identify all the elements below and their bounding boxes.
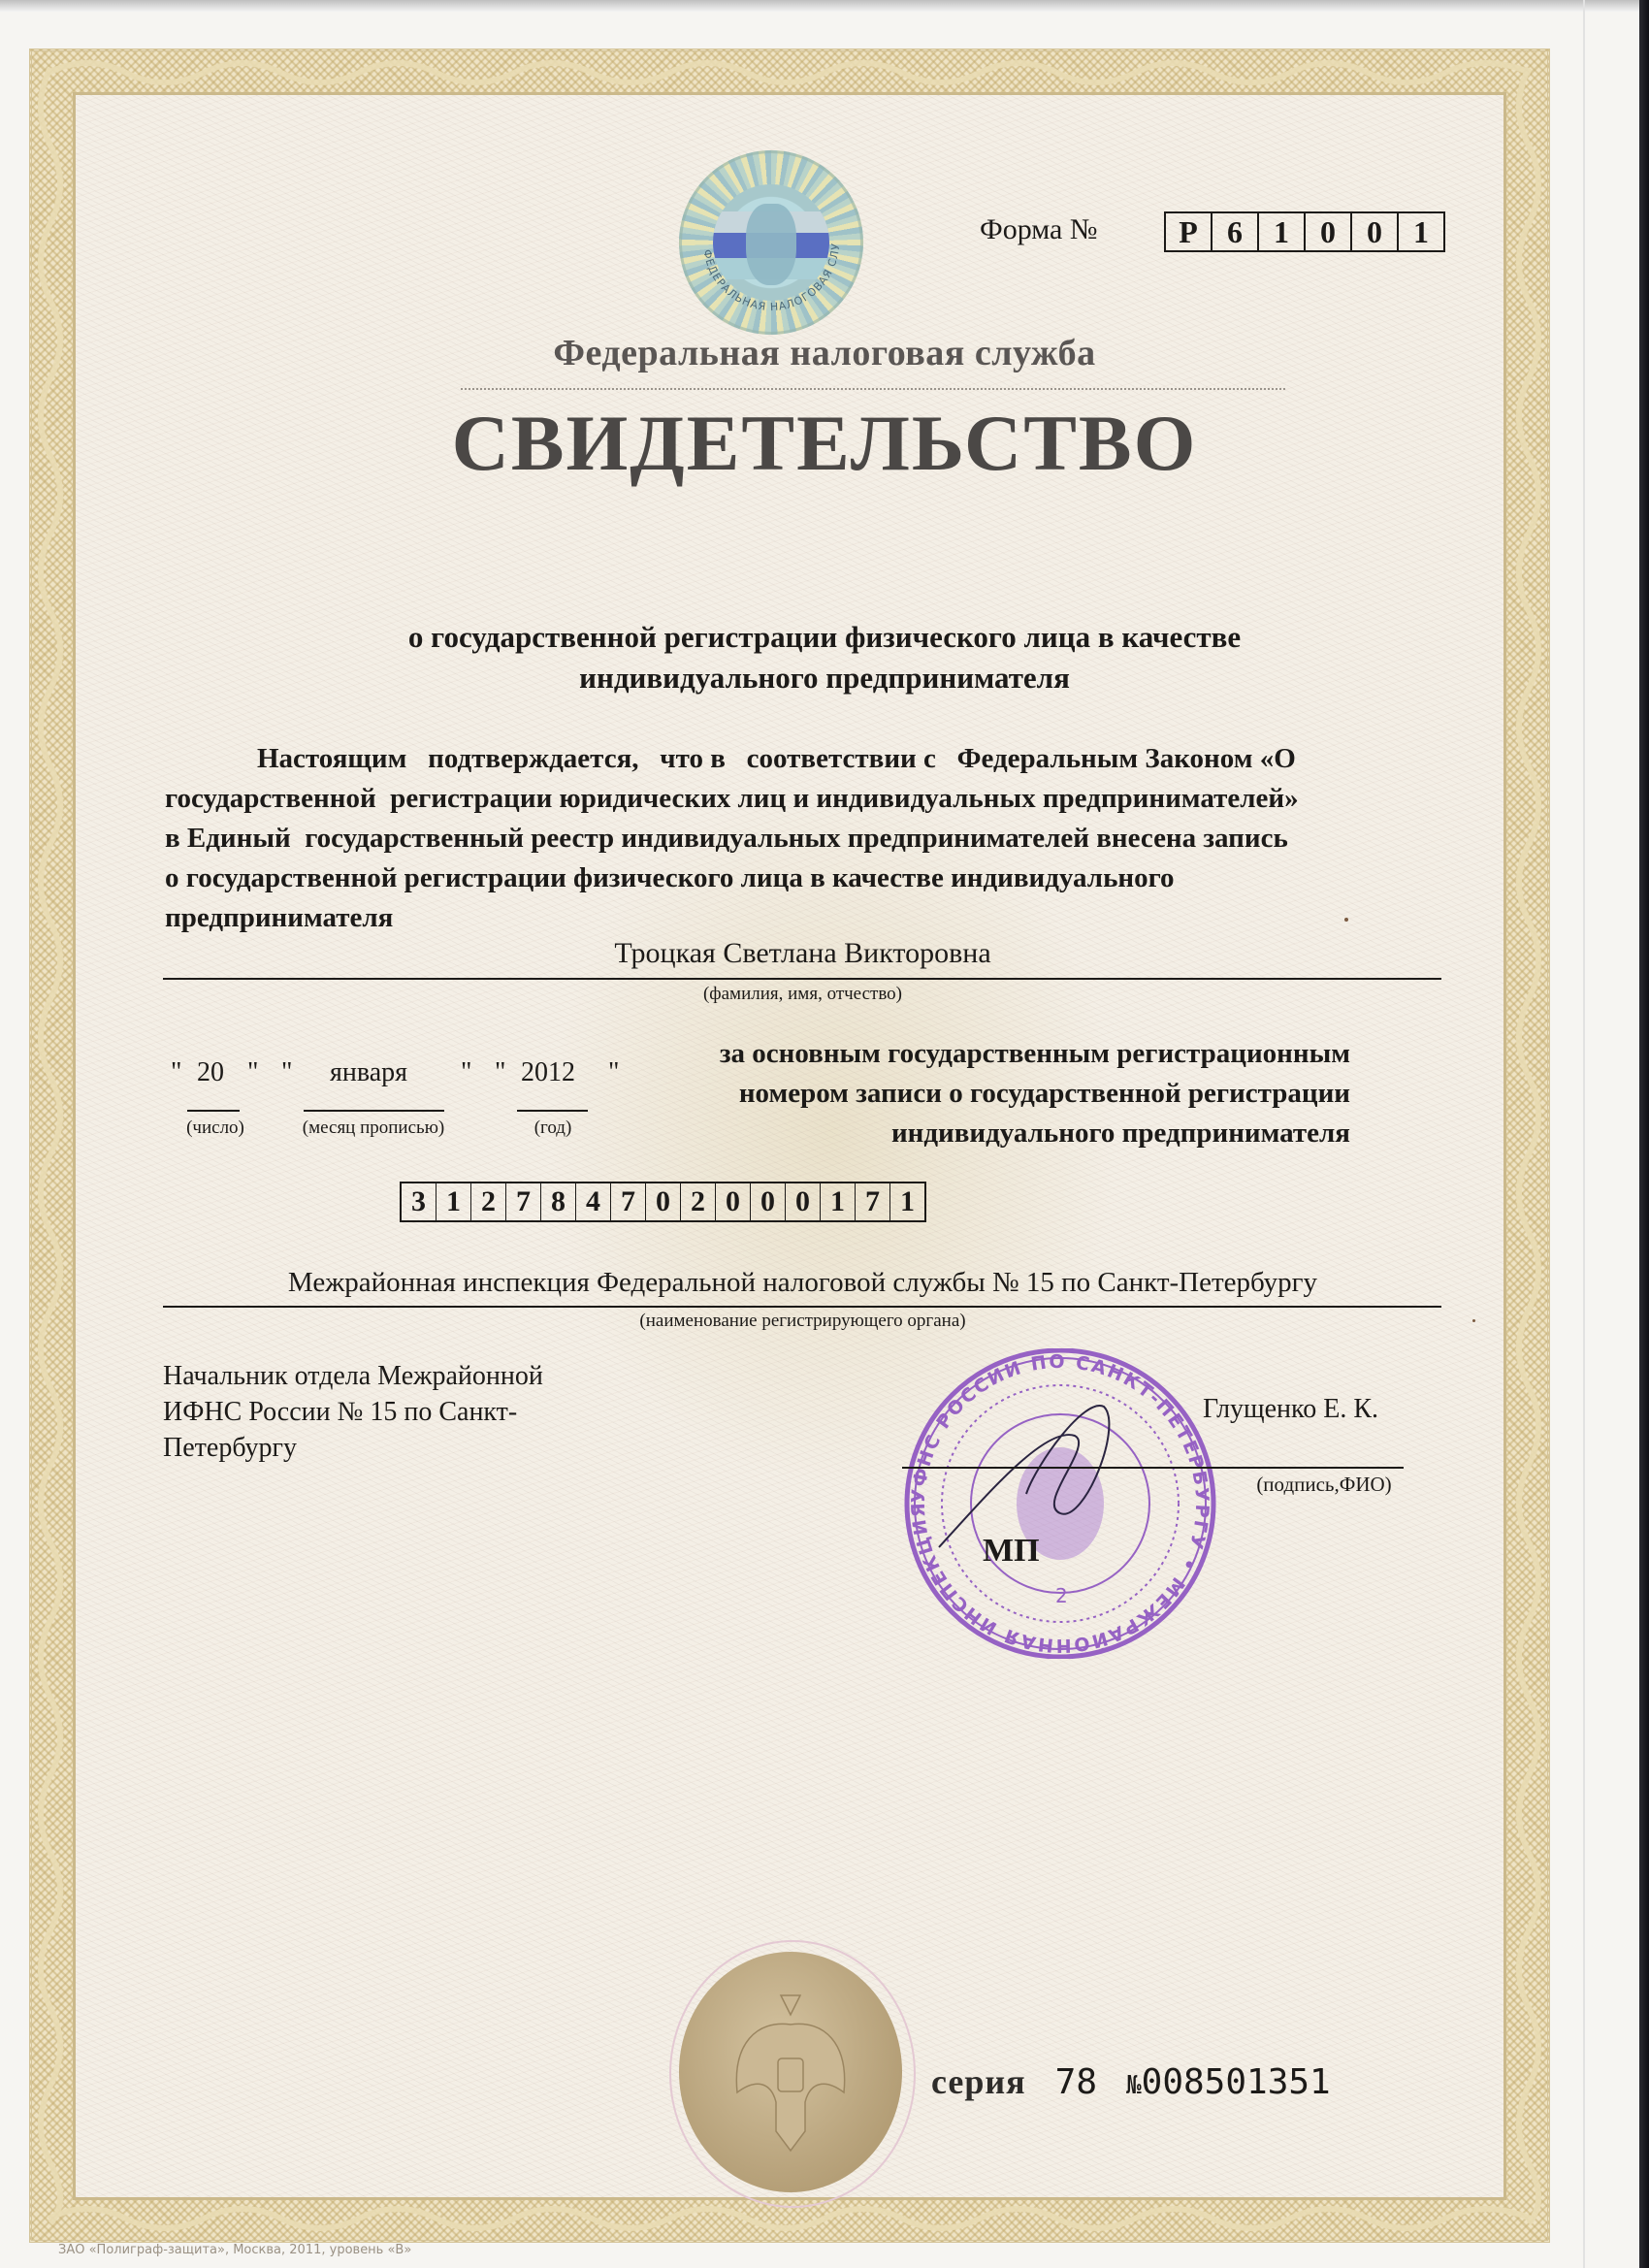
subtitle-line: индивидуального предпринимателя: [0, 658, 1649, 698]
series-value: 78: [1055, 2062, 1097, 2102]
name-underline: [163, 978, 1441, 980]
reg-text-line: номером записи о государственной регистр…: [621, 1074, 1350, 1114]
date-quote: ": [495, 1057, 505, 1088]
form-label: Форма №: [980, 213, 1097, 246]
ogrnip-digit: 2: [470, 1183, 505, 1220]
ogrnip-digit: 7: [505, 1183, 540, 1220]
series-label: серия: [931, 2061, 1026, 2102]
ogrnip-digit: 3: [402, 1183, 436, 1220]
signatory-position: Начальник отдела Межрайонной ИФНС России…: [163, 1358, 543, 1466]
form-number-cell: 0: [1304, 213, 1350, 250]
day-underline: [187, 1110, 240, 1112]
paper-speck: [1344, 918, 1348, 922]
year-underline: [517, 1110, 588, 1112]
svg-text:ФЕДЕРАЛЬНАЯ НАЛОГОВАЯ СЛУЖБА: ФЕДЕРАЛЬНАЯ НАЛОГОВАЯ СЛУЖБА: [679, 150, 842, 313]
position-line: ИФНС России № 15 по Санкт-: [163, 1394, 543, 1430]
agency-name: Федеральная налоговая служба: [0, 332, 1649, 374]
paragraph-line: о государственной регистрации физическог…: [165, 859, 1445, 898]
certification-paragraph: Настоящим подтверждается, что в соответс…: [165, 739, 1445, 938]
hologram-emblem: ФЕДЕРАЛЬНАЯ НАЛОГОВАЯ СЛУЖБА: [679, 150, 863, 335]
ogrnip-digit: 7: [610, 1183, 645, 1220]
document-title: СВИДЕТЕЛЬСТВО: [0, 398, 1649, 489]
form-number-cell: 1: [1257, 213, 1304, 250]
dotted-divider: [461, 388, 1285, 390]
month-underline: [304, 1110, 444, 1112]
printer-imprint: ЗАО «Полиграф-защита», Москва, 2011, уро…: [58, 2243, 411, 2257]
reg-text-line: индивидуального предпринимателя: [621, 1114, 1350, 1153]
entrepreneur-full-name: Троцкая Светлана Викторовна: [165, 937, 1440, 970]
date-quote: ": [281, 1057, 292, 1088]
ogrnip-digit: 4: [575, 1183, 610, 1220]
subtitle-line: о государственной регистрации физическог…: [0, 617, 1649, 658]
stamp-number: 2: [1055, 1584, 1068, 1607]
name-caption: (фамилия, имя, отчество): [165, 984, 1440, 1005]
paper-speck: [1472, 1319, 1475, 1322]
paragraph-line: государственной регистрации юридических …: [165, 779, 1445, 819]
number-sign: №: [1126, 2071, 1142, 2100]
signature-underline: [902, 1467, 1404, 1469]
form-number-cell: 1: [1397, 213, 1443, 250]
ogrnip-digit: 8: [540, 1183, 575, 1220]
date-quote: ": [247, 1057, 258, 1088]
signatory-name: Глущенко Е. К.: [1203, 1394, 1378, 1425]
gold-embossed-seal: [679, 1952, 902, 2192]
ogrnip-digit: 1: [436, 1183, 470, 1220]
reg-text-line: за основным государственным регистрацион…: [621, 1034, 1350, 1074]
ogrnip-digit: 0: [750, 1183, 785, 1220]
ogrnip-digit: 7: [855, 1183, 889, 1220]
ogrnip-digit: 0: [715, 1183, 750, 1220]
form-number-cell: 6: [1211, 213, 1257, 250]
registration-number-text: за основным государственным регистрацион…: [621, 1034, 1350, 1153]
official-stamp: УФНС РОССИИ ПО САНКТ-ПЕТЕРБУРГУ • МЕЖРАЙ…: [900, 1348, 1220, 1659]
form-number-cell: Р: [1166, 213, 1211, 250]
paragraph-line: в Единый государственный реестр индивиду…: [165, 819, 1445, 859]
ogrnip-digit: 0: [785, 1183, 820, 1220]
double-headed-eagle-icon: [718, 1986, 863, 2160]
year-caption: (год): [524, 1118, 582, 1139]
ogrnip-digit: 0: [645, 1183, 680, 1220]
form-number-cell: 0: [1350, 213, 1397, 250]
registration-year: 2012: [521, 1057, 575, 1088]
paragraph-line: Настоящим подтверждается, что в соответс…: [257, 743, 1296, 774]
paragraph-line: предпринимателя: [165, 898, 1445, 938]
month-caption: (месяц прописью): [291, 1118, 456, 1139]
document-subtitle: о государственной регистрации физическог…: [0, 617, 1649, 698]
blank-number: №008501351: [1126, 2062, 1331, 2102]
form-number-boxes: Р 6 1 0 0 1: [1164, 211, 1445, 252]
ogrnip-digit: 2: [680, 1183, 715, 1220]
registration-day: 20: [197, 1057, 224, 1088]
registration-month: января: [330, 1057, 407, 1088]
blank-series: серия 78 №008501351: [931, 2061, 1331, 2102]
hologram-text: ФЕДЕРАЛЬНАЯ НАЛОГОВАЯ СЛУЖБА: [679, 150, 842, 313]
day-caption: (число): [177, 1118, 254, 1139]
ogrnip-digit: 1: [820, 1183, 855, 1220]
registering-authority: Межрайонная инспекция Федеральной налого…: [165, 1267, 1440, 1299]
authority-underline: [163, 1306, 1441, 1308]
position-line: Начальник отдела Межрайонной: [163, 1358, 543, 1394]
signature-caption: (подпись,ФИО): [1242, 1473, 1406, 1497]
date-quote: ": [171, 1057, 181, 1088]
seal-place-mark: МП: [983, 1533, 1040, 1570]
position-line: Петербургу: [163, 1430, 543, 1466]
ogrnip-digit: 1: [889, 1183, 924, 1220]
authority-caption: (наименование регистрирующего органа): [165, 1311, 1440, 1332]
blank-number-value: 008501351: [1142, 2062, 1331, 2102]
date-quote: ": [461, 1057, 471, 1088]
ogrnip-boxes: 3 1 2 7 8 4 7 0 2 0 0 0 1 7 1: [400, 1182, 926, 1222]
scan-edge-top: [0, 0, 1649, 12]
date-quote: ": [608, 1057, 619, 1088]
